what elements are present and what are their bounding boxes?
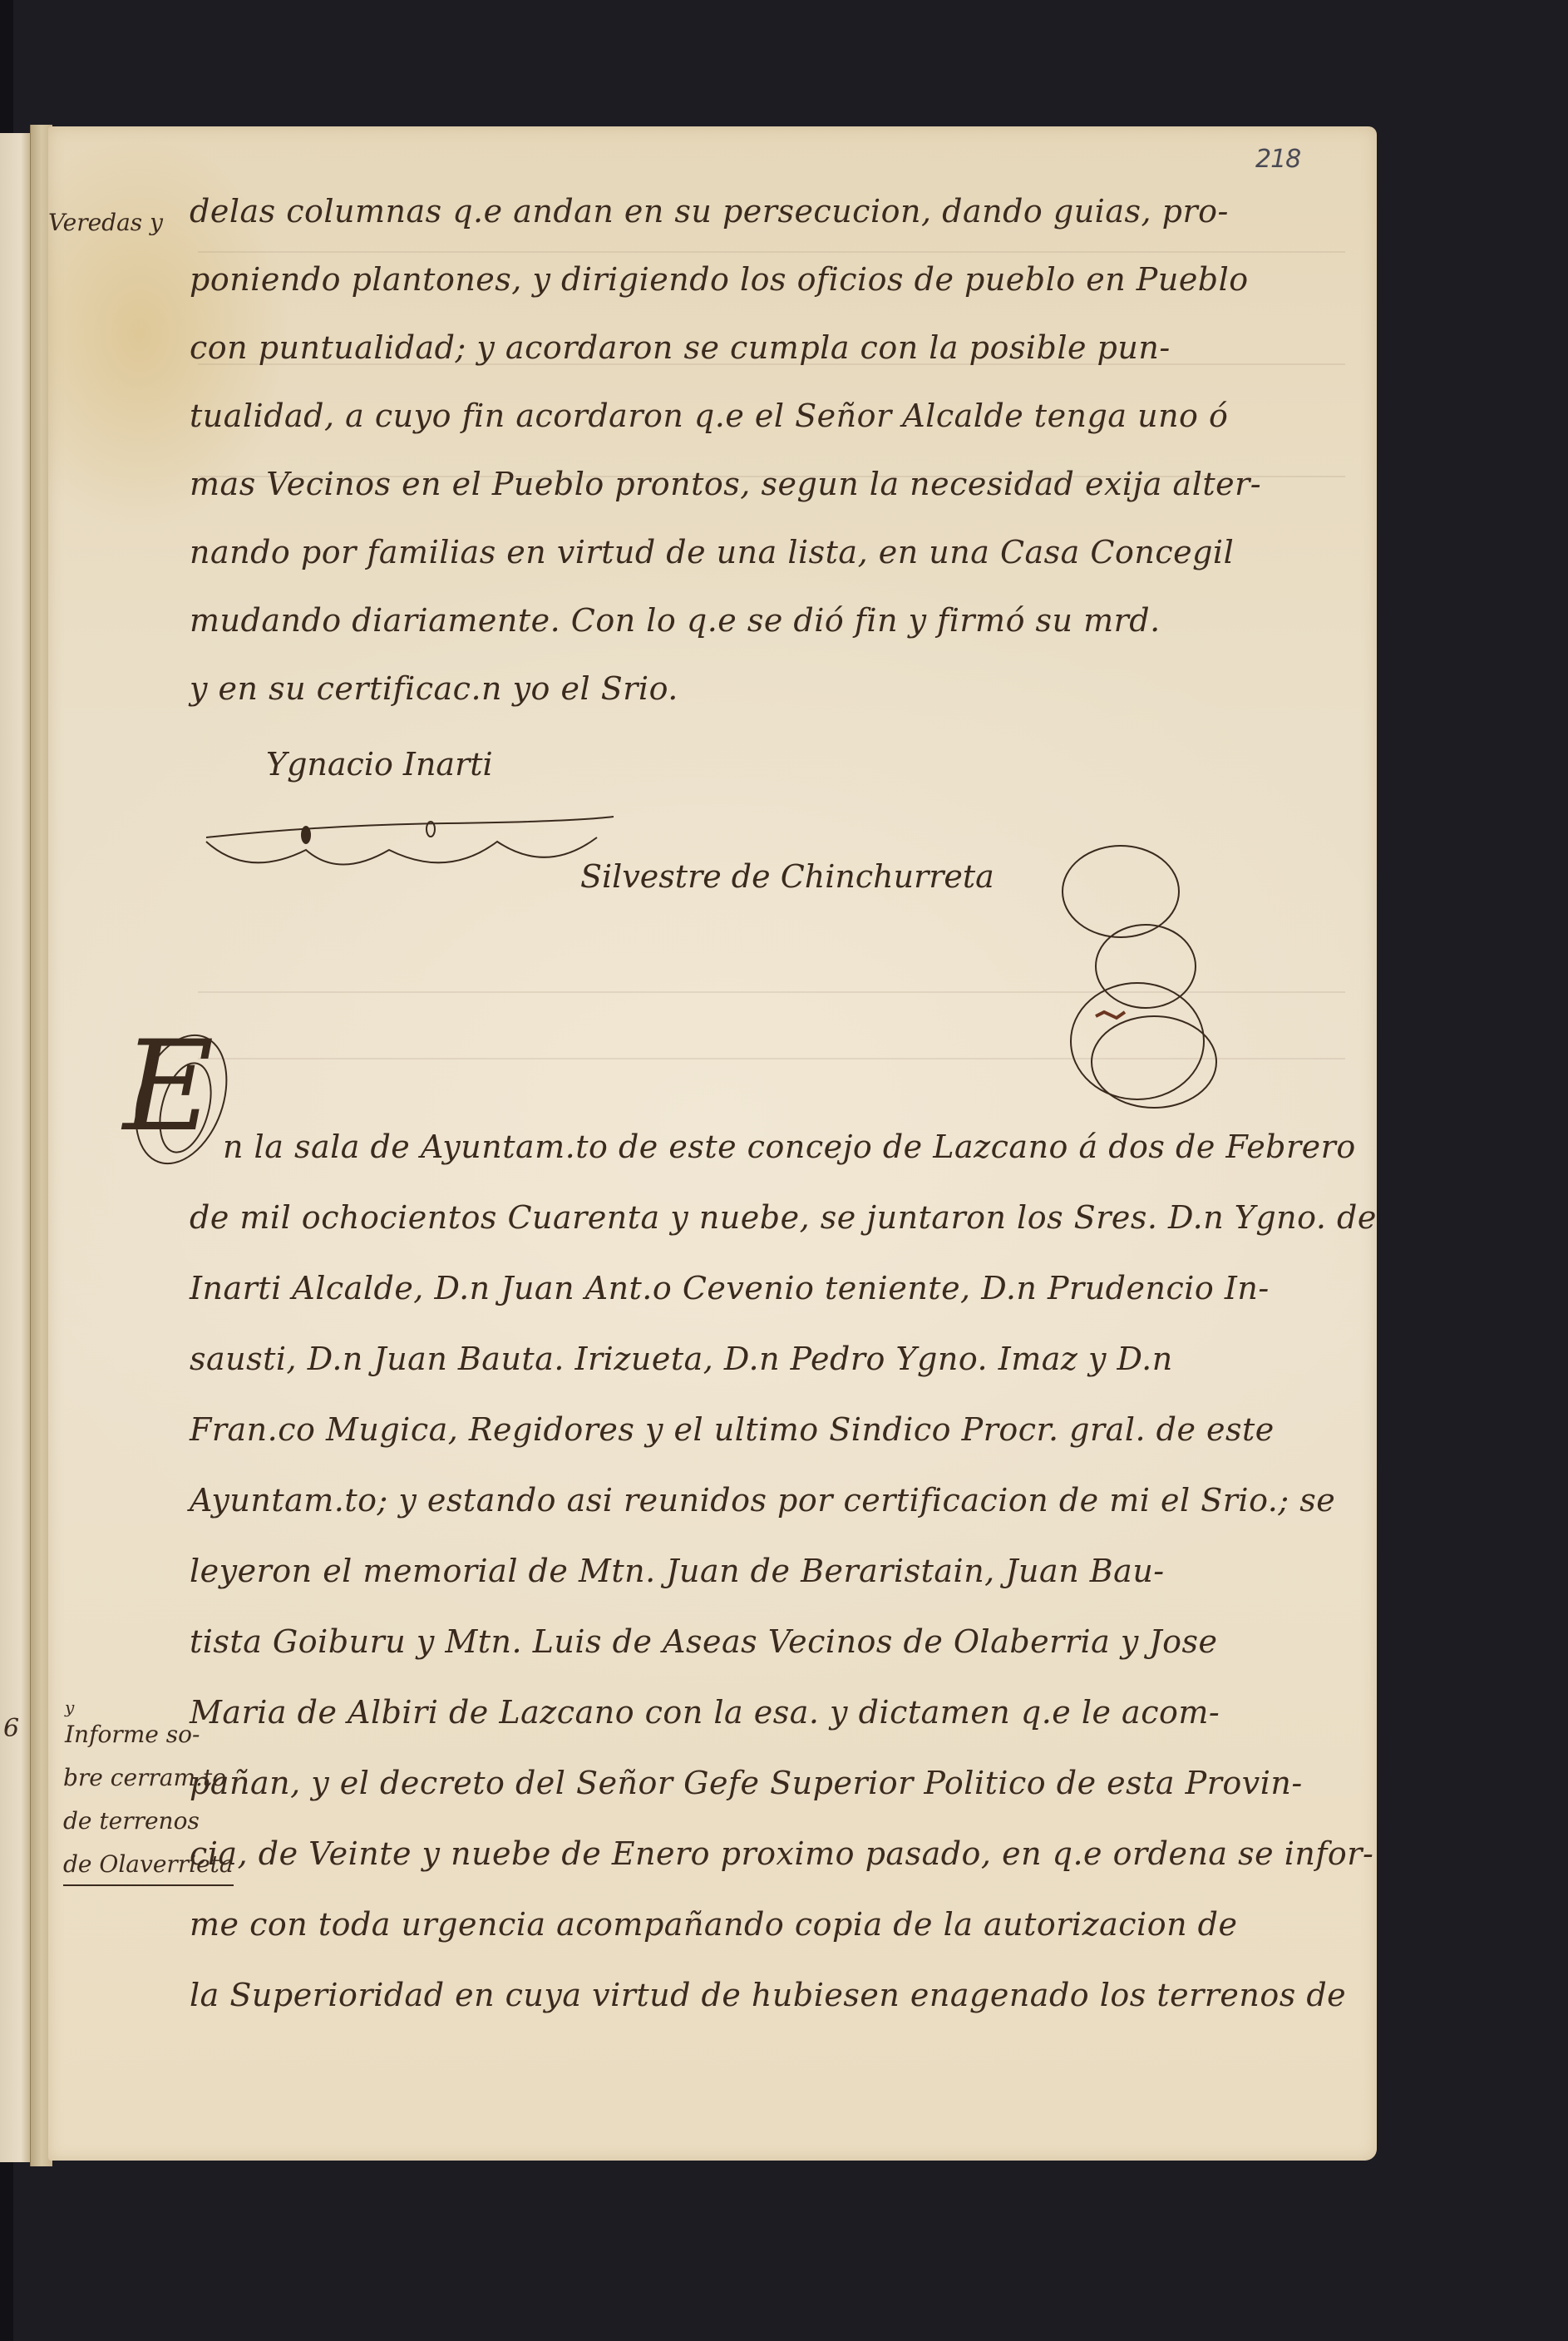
text-line: nando por familias en virtud de una list… xyxy=(190,534,1362,570)
text-line: la Superioridad en cuya virtud de hubies… xyxy=(190,1977,1362,2013)
signature-flourish-icon xyxy=(198,792,630,883)
text-line: de mil ochocientos Cuarenta y nuebe, se … xyxy=(190,1199,1362,1236)
margin-note-line: Informe so- xyxy=(65,1715,200,1755)
margin-note-veredas: Veredas y xyxy=(48,203,163,243)
text-line: Fran.co Mugica, Regidores y el ultimo Si… xyxy=(190,1411,1362,1448)
text-line: sausti, D.n Juan Bauta. Irizueta, D.n Pe… xyxy=(190,1341,1362,1377)
bleed-through xyxy=(198,251,1345,253)
margin-note-line: bre cerram.to xyxy=(63,1758,226,1798)
previous-leaf-fragment: 6 xyxy=(3,1709,19,1749)
text-line: delas columnas q.e andan en su persecuci… xyxy=(190,193,1362,230)
text-line: poniendo plantones, y dirigiendo los ofi… xyxy=(190,261,1362,298)
signature-rubric-icon xyxy=(1046,842,1262,1116)
folio-number: 218 xyxy=(1255,145,1300,174)
text-line: leyeron el memorial de Mtn. Juan de Bera… xyxy=(190,1553,1362,1589)
text-line: y en su certificac.n yo el Srio. xyxy=(190,670,1362,707)
text-line: n la sala de Ayuntam.to de este concejo … xyxy=(223,1129,1395,1165)
text-line: cia, de Veinte y nuebe de Enero proximo … xyxy=(190,1835,1362,1872)
text-line: tista Goiburu y Mtn. Luis de Aseas Vecin… xyxy=(190,1623,1362,1660)
text-line: Ayuntam.to; y estando asi reunidos por c… xyxy=(190,1482,1362,1519)
text-line: mudando diariamente. Con lo q.e se dió f… xyxy=(190,602,1362,639)
manuscript-page: 218 Veredas y delas columnas q.e andan e… xyxy=(48,126,1377,2161)
text-line: mas Vecinos en el Pueblo prontos, segun … xyxy=(190,466,1362,502)
text-line: me con toda urgencia acompañando copia d… xyxy=(190,1906,1362,1943)
margin-note-line: de terrenos xyxy=(63,1801,200,1841)
margin-note-y: y xyxy=(65,1698,74,1716)
text-line: pañan, y el decreto del Señor Gefe Super… xyxy=(190,1765,1362,1801)
text-line: con puntualidad; y acordaron se cumpla c… xyxy=(190,329,1362,366)
text-line: Maria de Albiri de Lazcano con la esa. y… xyxy=(190,1694,1362,1731)
text-line: Inarti Alcalde, D.n Juan Ant.o Cevenio t… xyxy=(190,1270,1362,1306)
signature-chinchurreta: Silvestre de Chinchurreta xyxy=(580,858,994,895)
margin-note-line: de Olaverrieta xyxy=(63,1845,234,1886)
signature-inarti: Ygnacio Inarti xyxy=(266,746,493,783)
text-line: tualidad, a cuyo fin acordaron q.e el Se… xyxy=(190,398,1362,434)
